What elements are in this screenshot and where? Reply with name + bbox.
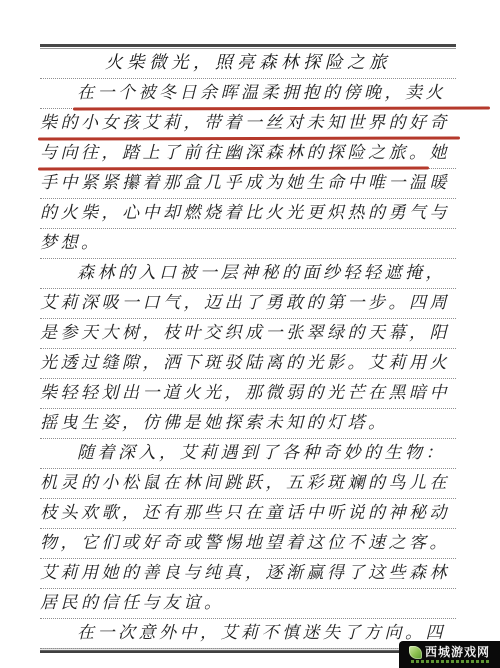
essay-line-text: 森林的入口被一层神秘的面纱轻轻遮掩， (40, 261, 456, 288)
essay-line-text: 的火柴，心中却燃烧着比火光更炽热的勇气与 (40, 201, 456, 228)
essay-line-text: 柴的小女孩艾莉，带着一丝对未知世界的好奇 (40, 111, 456, 138)
essay-line: 的火柴，心中却燃烧着比火光更炽热的勇气与 (40, 199, 456, 229)
essay-line: 机灵的小松鼠在林间跳跃，五彩斑斓的鸟儿在 (40, 469, 456, 499)
essay-line: 艾莉深吸一口气，迈出了勇敢的第一步。四周 (40, 289, 456, 319)
essay-line: 艾莉用她的善良与纯真，逐渐赢得了这些森林 (40, 559, 456, 589)
essay-line-text: 与向往，踏上了前往幽深森林的探险之旅。她 (40, 141, 456, 168)
essay-line: 枝头欢歌，还有那些只在童话中听说的神秘动 (40, 499, 456, 529)
essay-line: 与向往，踏上了前往幽深森林的探险之旅。她 (40, 139, 456, 169)
essay-line-text: 柴轻轻划出一道火光，那微弱的光芒在黑暗中 (40, 381, 456, 408)
essay-line: 柴的小女孩艾莉，带着一丝对未知世界的好奇 (40, 109, 456, 139)
essay-line-text: 光透过缝隙，洒下斑驳陆离的光影。艾莉用火 (40, 351, 456, 378)
essay-title: 火柴微光，照亮森林探险之旅 (40, 51, 456, 78)
leaf-icon (409, 646, 422, 659)
essay-line-text: 艾莉深吸一口气，迈出了勇敢的第一步。四周 (40, 291, 456, 318)
essay-line-text: 是参天大树，枝叶交织成一张翠绿的天幕，阳 (40, 321, 456, 348)
essay-lines: 在一个被冬日余晖温柔拥抱的傍晚，卖火柴的小女孩艾莉，带着一丝对未知世界的好奇与向… (40, 79, 456, 649)
essay-line: 居民的信任与友谊。 (40, 589, 456, 619)
essay-title-row: 火柴微光，照亮森林探险之旅 (40, 49, 456, 79)
essay-line: 柴轻轻划出一道火光，那微弱的光芒在黑暗中 (40, 379, 456, 409)
essay-line-text: 物，它们或好奇或警惕地望着这位不速之客。 (40, 531, 456, 558)
essay-line-text: 枝头欢歌，还有那些只在童话中听说的神秘动 (40, 501, 456, 528)
watermark-site-name: 西城游戏网 (425, 646, 490, 659)
notebook-page: 火柴微光，照亮森林探险之旅 在一个被冬日余晖温柔拥抱的傍晚，卖火柴的小女孩艾莉，… (0, 0, 500, 668)
essay-line: 森林的入口被一层神秘的面纱轻轻遮掩， (40, 259, 456, 289)
essay-line: 梦想。 (40, 229, 456, 259)
essay-line-text: 在一次意外中，艾莉不慎迷失了方向。四 (40, 621, 456, 648)
essay-line: 在一次意外中，艾莉不慎迷失了方向。四 (40, 619, 456, 649)
watermark-badge: 西城游戏网 (399, 641, 500, 668)
essay-line: 手中紧紧攥着那盒几乎成为她生命中唯一温暖 (40, 169, 456, 199)
essay-line-text: 在一个被冬日余晖温柔拥抱的傍晚，卖火 (40, 81, 456, 108)
watermark-row: 西城游戏网 (409, 646, 490, 659)
essay-line-text: 摇曳生姿，仿佛是她探索未知的灯塔。 (40, 411, 456, 438)
essay-line: 是参天大树，枝叶交织成一张翠绿的天幕，阳 (40, 319, 456, 349)
essay-line: 物，它们或好奇或警惕地望着这位不速之客。 (40, 529, 456, 559)
essay-line-text: 手中紧紧攥着那盒几乎成为她生命中唯一温暖 (40, 171, 456, 198)
essay-line-text: 居民的信任与友谊。 (40, 591, 456, 618)
essay-paper: 火柴微光，照亮森林探险之旅 在一个被冬日余晖温柔拥抱的傍晚，卖火柴的小女孩艾莉，… (40, 44, 456, 653)
essay-line: 摇曳生姿，仿佛是她探索未知的灯塔。 (40, 409, 456, 439)
essay-line-text: 艾莉用她的善良与纯真，逐渐赢得了这些森林 (40, 561, 456, 588)
watermark-url-dots (411, 660, 489, 663)
essay-line-text: 机灵的小松鼠在林间跳跃，五彩斑斓的鸟儿在 (40, 471, 456, 498)
essay-line: 随着深入，艾莉遇到了各种奇妙的生物： (40, 439, 456, 469)
essay-line-text: 随着深入，艾莉遇到了各种奇妙的生物： (40, 441, 456, 468)
essay-line: 光透过缝隙，洒下斑驳陆离的光影。艾莉用火 (40, 349, 456, 379)
essay-line-text: 梦想。 (40, 231, 456, 258)
essay-line: 在一个被冬日余晖温柔拥抱的傍晚，卖火 (40, 79, 456, 109)
